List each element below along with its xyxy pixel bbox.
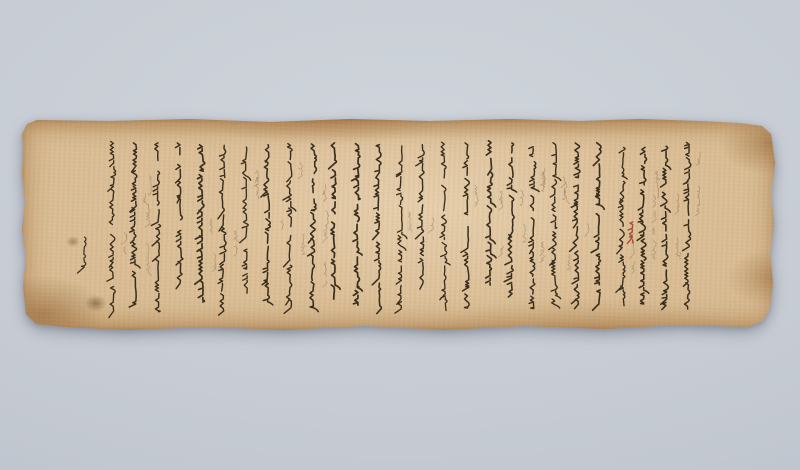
manuscript-shadow-wrap xyxy=(20,118,777,331)
photo-backdrop xyxy=(0,0,800,470)
manuscript-paper xyxy=(20,118,777,331)
